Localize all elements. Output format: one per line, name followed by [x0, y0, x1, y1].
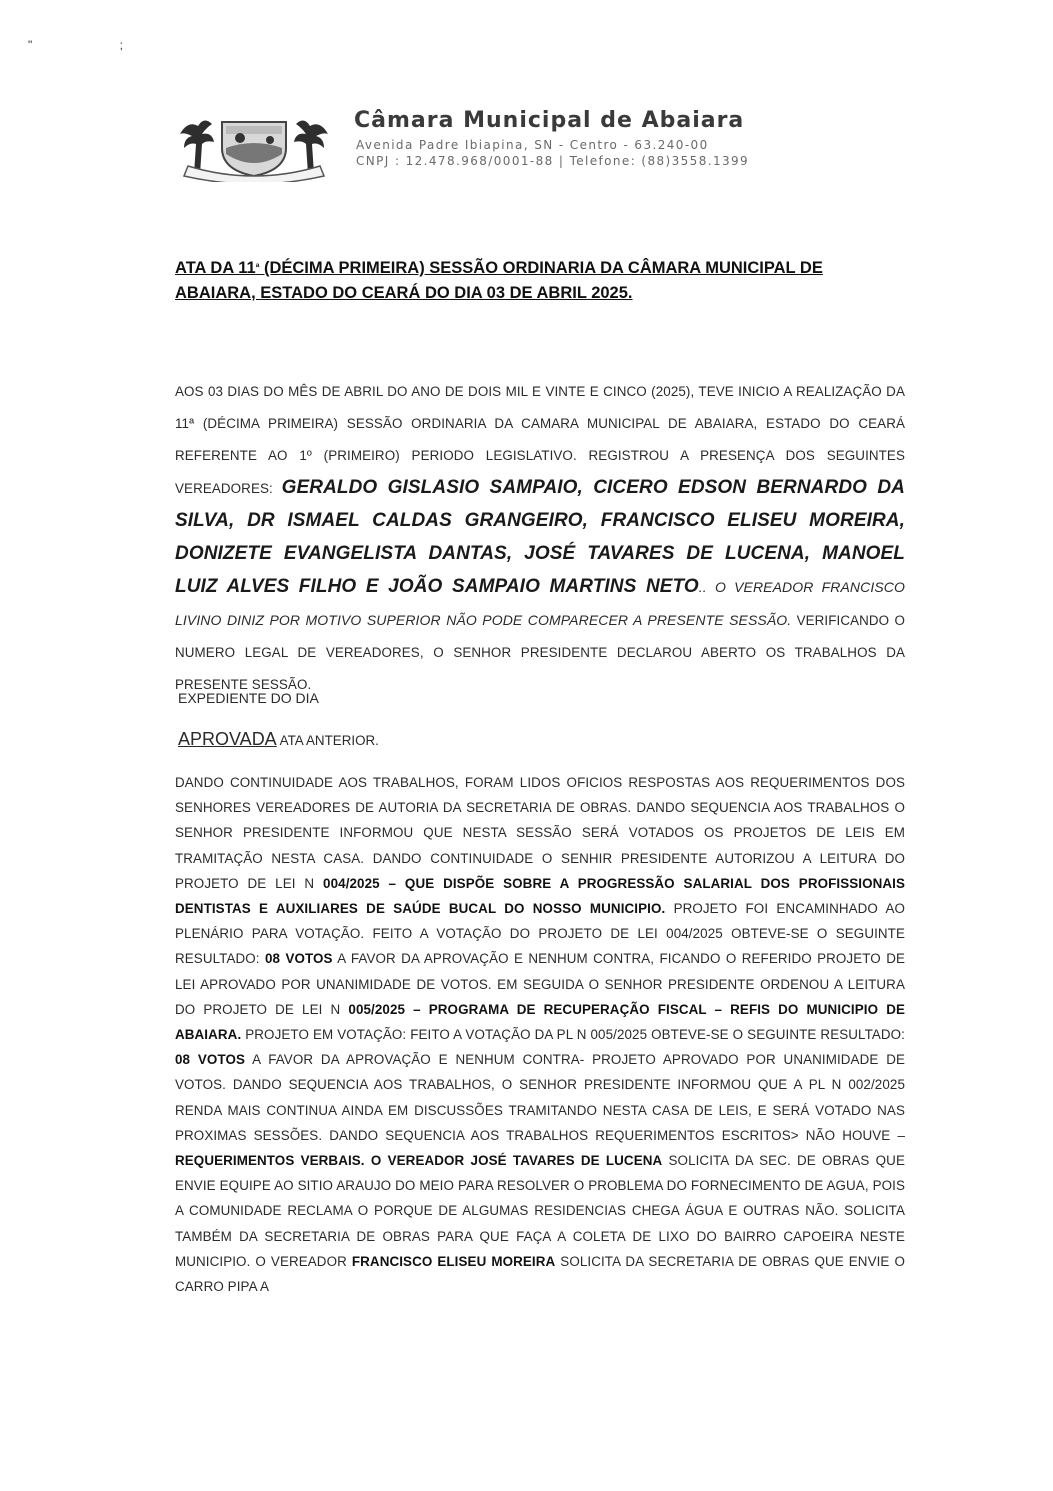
section-heading-expediente: EXPEDIENTE DO DIA: [178, 690, 319, 706]
proceedings-text-run: SOLICITA DA SEC. DE OBRAS QUE ENVIE EQUI…: [175, 1153, 905, 1269]
scan-artifact: " ;: [28, 38, 165, 52]
letterhead: Câmara Municipal de Abaiara Avenida Padr…: [174, 100, 894, 180]
coat-of-arms-icon: [174, 104, 334, 182]
proceedings-bold-run: REQUERIMENTOS VERBAIS. O VEREADOR JOSÉ T…: [175, 1153, 662, 1168]
proceedings-bold-run: 08 VOTOS: [175, 1052, 245, 1067]
organization-cnpj-phone: CNPJ : 12.478.968/0001-88 | Telefone: (8…: [356, 154, 749, 168]
opening-paragraph: AOS 03 DIAS DO MÊS DE ABRIL DO ANO DE DO…: [175, 376, 905, 701]
approval-rest: ATA ANTERIOR.: [277, 733, 379, 748]
proceedings-bold-run: 08 VOTOS: [265, 951, 333, 966]
document-title: ATA DA 11ª (DÉCIMA PRIMEIRA) SESSÃO ORDI…: [175, 256, 905, 306]
proceedings-bold-run: FRANCISCO ELISEU MOREIRA: [352, 1254, 555, 1269]
organization-name: Câmara Municipal de Abaiara: [354, 108, 744, 133]
organization-address: Avenida Padre Ibiapina, SN - Centro - 63…: [356, 138, 709, 152]
approval-line: APROVADA ATA ANTERIOR.: [178, 729, 379, 750]
approval-word: APROVADA: [178, 729, 277, 749]
title-rest: (DÉCIMA PRIMEIRA) SESSÃO ORDINARIA DA CÂ…: [175, 259, 823, 302]
proceedings-text-run: DANDO CONTINUIDADE AOS TRABALHOS, FORAM …: [175, 775, 905, 891]
proceedings-text-run: PROJETO EM VOTAÇÃO: FEITO A VOTAÇÃO DA P…: [241, 1027, 905, 1042]
title-prefix: ATA DA 11: [175, 259, 256, 277]
proceedings-text-run: A FAVOR DA APROVAÇÃO E NENHUM CONTRA- PR…: [175, 1052, 905, 1143]
proceedings-paragraph: DANDO CONTINUIDADE AOS TRABALHOS, FORAM …: [175, 770, 905, 1299]
